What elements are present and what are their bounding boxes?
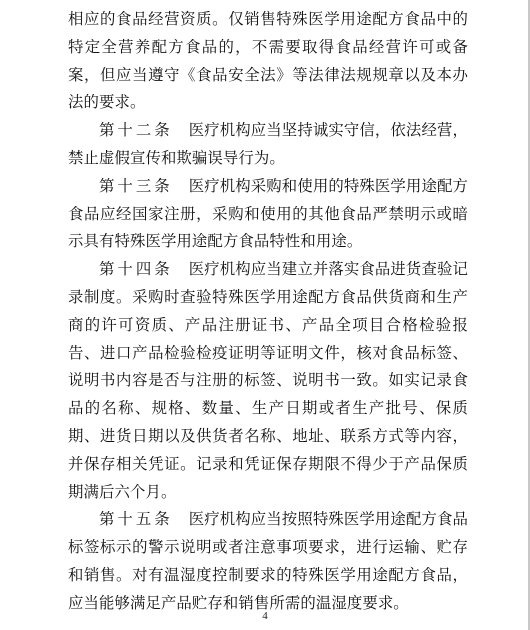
page-content: 相应的食品经营资质。仅销售特殊医学用途配方食品中的特定全营养配方食品的，不需要取…	[68, 6, 468, 618]
paragraph-article-12: 第十二条医疗机构应当坚持诚实守信，依法经营，禁止虚假宣传和欺骗误导行为。	[68, 117, 468, 173]
document-page: 相应的食品经营资质。仅销售特殊医学用途配方食品中的特定全营养配方食品的，不需要取…	[0, 0, 530, 630]
article-number: 第十五条	[99, 510, 173, 528]
paragraph-continuation: 相应的食品经营资质。仅销售特殊医学用途配方食品中的特定全营养配方食品的，不需要取…	[68, 6, 468, 117]
paragraph-article-15: 第十五条医疗机构应当按照特殊医学用途配方食品标签标示的警示说明或者注意事项要求，…	[68, 506, 468, 617]
page-number: 4	[0, 610, 530, 622]
paragraph-text: 医疗机构应当建立并落实食品进货查验记录制度。采购时查验特殊医学用途配方食品供货商…	[68, 260, 468, 500]
paragraph-text: 相应的食品经营资质。仅销售特殊医学用途配方食品中的特定全营养配方食品的，不需要取…	[68, 10, 468, 111]
article-number: 第十四条	[99, 260, 173, 278]
article-number: 第十三条	[99, 177, 173, 195]
article-number: 第十二条	[99, 121, 173, 139]
paragraph-article-13: 第十三条医疗机构采购和使用的特殊医学用途配方食品应经国家注册，采购和使用的其他食…	[68, 173, 468, 256]
paragraph-article-14: 第十四条医疗机构应当建立并落实食品进货查验记录制度。采购时查验特殊医学用途配方食…	[68, 256, 468, 506]
